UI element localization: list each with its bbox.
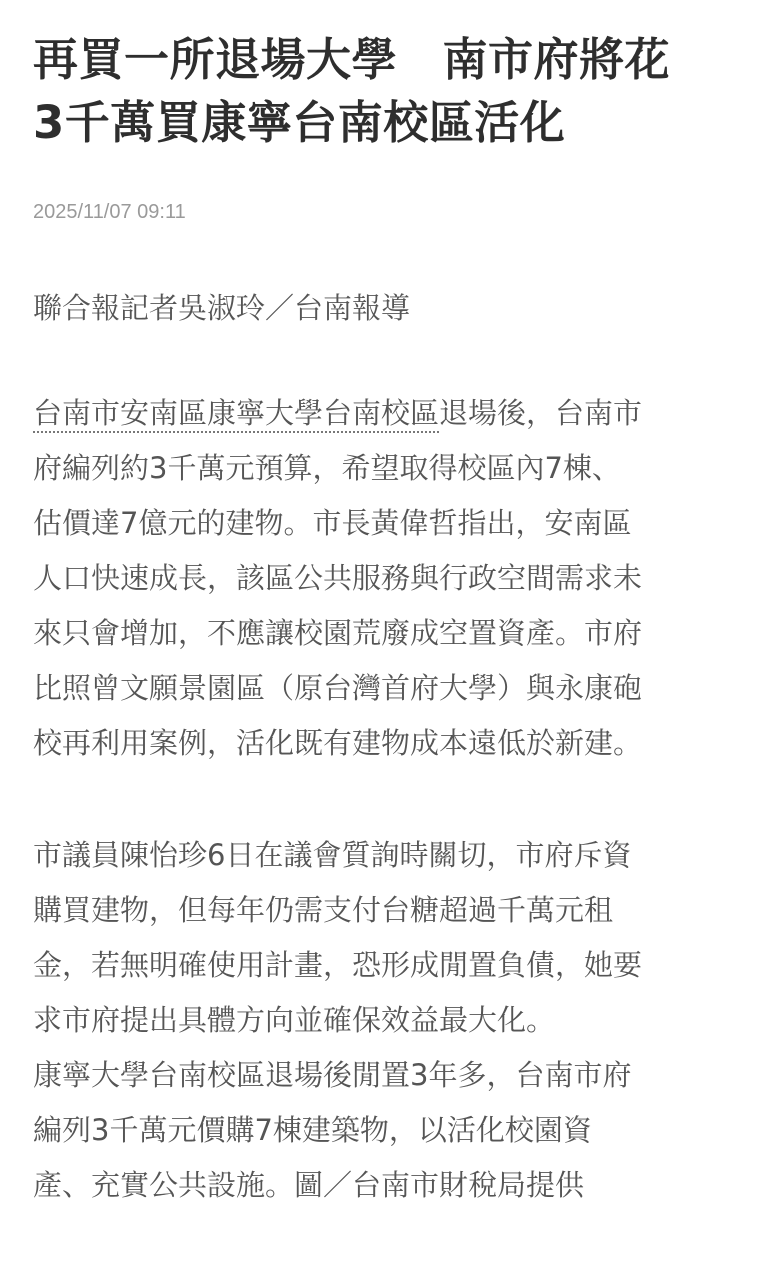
paragraph-line: 府編列約3千萬元預算，希望取得校區內7棟、 xyxy=(33,441,736,496)
paragraph-line: 購買建物，但每年仍需支付台糖超過千萬元租 xyxy=(33,883,736,938)
paragraph-line: 人口快速成長，該區公共服務與行政空間需求未 xyxy=(33,551,736,606)
article: 再買一所退場大學 南市府將花 3千萬買康寧台南校區活化 2025/11/07 0… xyxy=(0,0,769,1213)
paragraph-text: 退場後，台南市 xyxy=(439,396,642,430)
paragraph-line: 台南市安南區康寧大學台南校區退場後，台南市 xyxy=(33,386,736,441)
article-byline: 聯合報記者吳淑玲／台南報導 xyxy=(33,288,736,328)
paragraph-line: 編列3千萬元價購7棟建築物，以活化校園資 xyxy=(33,1103,736,1158)
paragraph-line: 估價達7億元的建物。市長黃偉哲指出，安南區 xyxy=(33,496,736,551)
headline-line: 再買一所退場大學 南市府將花 xyxy=(33,28,736,91)
article-paragraph: 市議員陳怡珍6日在議會質詢時關切，市府斥資 購買建物，但每年仍需支付台糖超過千萬… xyxy=(33,828,736,1048)
paragraph-line: 金，若無明確使用計畫，恐形成閒置負債，她要 xyxy=(33,938,736,993)
paragraph-line: 康寧大學台南校區退場後閒置3年多，台南市府 xyxy=(33,1048,736,1103)
paragraph-line: 比照曾文願景園區（原台灣首府大學）與永康砲 xyxy=(33,661,736,716)
paragraph-line: 求市府提出具體方向並確保效益最大化。 xyxy=(33,993,736,1048)
publish-timestamp: 2025/11/07 09:11 xyxy=(33,198,736,226)
paragraph-line: 來只會增加，不應讓校園荒廢成空置資產。市府 xyxy=(33,606,736,661)
image-caption-paragraph: 康寧大學台南校區退場後閒置3年多，台南市府 編列3千萬元價購7棟建築物，以活化校… xyxy=(33,1048,736,1213)
article-headline: 再買一所退場大學 南市府將花 3千萬買康寧台南校區活化 xyxy=(33,28,736,154)
keyword-link[interactable]: 台南市安南區康寧大學台南校區 xyxy=(33,396,439,433)
headline-line: 3千萬買康寧台南校區活化 xyxy=(33,91,736,154)
paragraph-line: 市議員陳怡珍6日在議會質詢時關切，市府斥資 xyxy=(33,828,736,883)
paragraph-line: 校再利用案例，活化既有建物成本遠低於新建。 xyxy=(33,716,736,771)
article-paragraph: 台南市安南區康寧大學台南校區退場後，台南市 府編列約3千萬元預算，希望取得校區內… xyxy=(33,386,736,771)
paragraph-line: 產、充實公共設施。圖／台南市財稅局提供 xyxy=(33,1158,736,1213)
